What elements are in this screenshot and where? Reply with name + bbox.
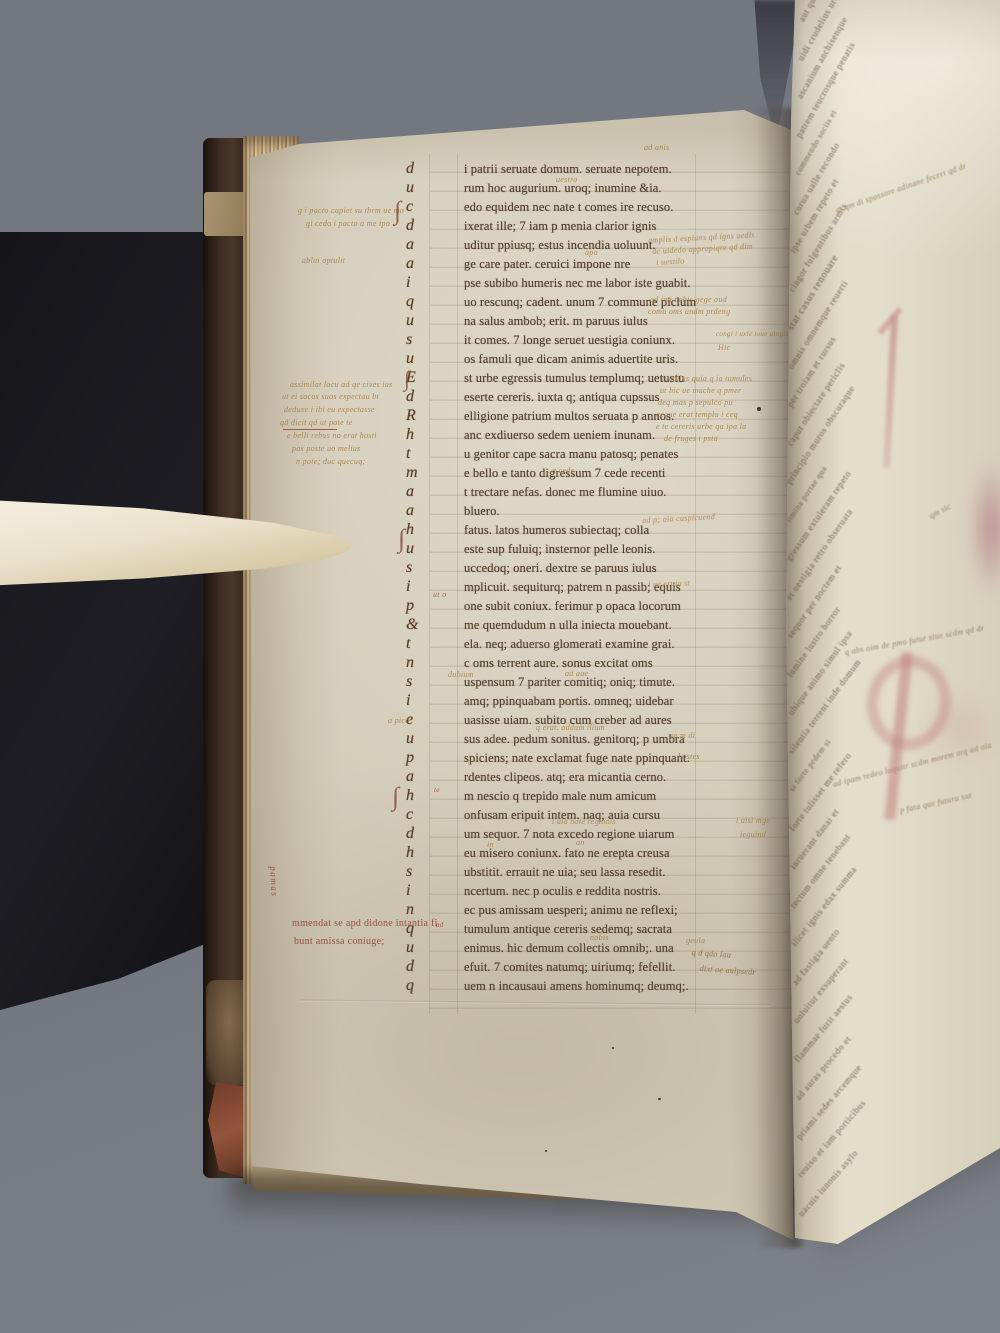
manuscript-photo-scene: d i patrii seruate domum. seruate nepote… <box>0 0 1000 1333</box>
ink-speck <box>545 1150 547 1152</box>
right-page-cursive-gloss: et qm di spossore adinane fecert qd dr <box>835 161 968 214</box>
faint-red-offset <box>918 686 1000 770</box>
right-page-cursive-gloss: qm sic <box>928 502 953 521</box>
ink-speck <box>612 1047 614 1049</box>
ink-speck <box>658 1098 661 1100</box>
right-page-cursive-gloss: q abs oim de pmo futur siue scdm qd dr <box>844 623 985 656</box>
right-page-cursive-gloss: p fata que futura sut <box>899 791 973 815</box>
dark-backdrop-panel <box>0 232 215 1010</box>
